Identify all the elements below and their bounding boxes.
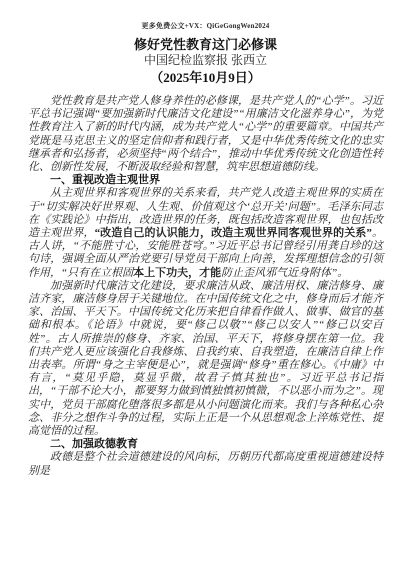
paragraph-4: 政德是整个社会道德建设的风向标，历朝历代都高度重视道德建设特别是 [28,451,383,477]
watermark-text: 更多免费公文+VX：QiGeGongWen2024 [28,22,383,31]
document-body: 党性教育是共产党人修身养性的必修课，是共产党人的“心学”。习近平总书记强调“要加… [28,95,383,478]
document-title: 修好党性教育这门必修课 [28,37,383,52]
section-heading-2: 二、加强政德教育 [28,438,383,451]
paragraph-2: 从主观世界和客观世界的关系来看，共产党人改造主观世界的实质在于“切实解决好世界观… [28,187,383,279]
byline: 中国纪检监察报 张西立 [28,53,383,67]
date-line: （2025年10月9日） [28,70,383,86]
paragraph-1: 党性教育是共产党人修身养性的必修课，是共产党人的“心学”。习近平总书记强调“要加… [28,95,383,174]
paragraph-3: 加强新时代廉洁文化建设，要求廉洁从政、廉洁用权、廉洁修身、廉洁齐家，廉洁修身居于… [28,280,383,438]
paragraph-2-bold-quote: “改造自己的认识能力，改造主观世界同客观世界的关系” [95,227,372,239]
document-page: 更多免费公文+VX：QiGeGongWen2024 修好党性教育这门必修课 中国… [0,0,409,580]
paragraph-2-text-end: 防止歪风邪气近身附体”。 [221,267,348,279]
paragraph-2-bold-phrase: 本上下功夫，才能 [133,267,221,279]
section-heading-1: 一、重视改造主观世界 [28,174,383,187]
